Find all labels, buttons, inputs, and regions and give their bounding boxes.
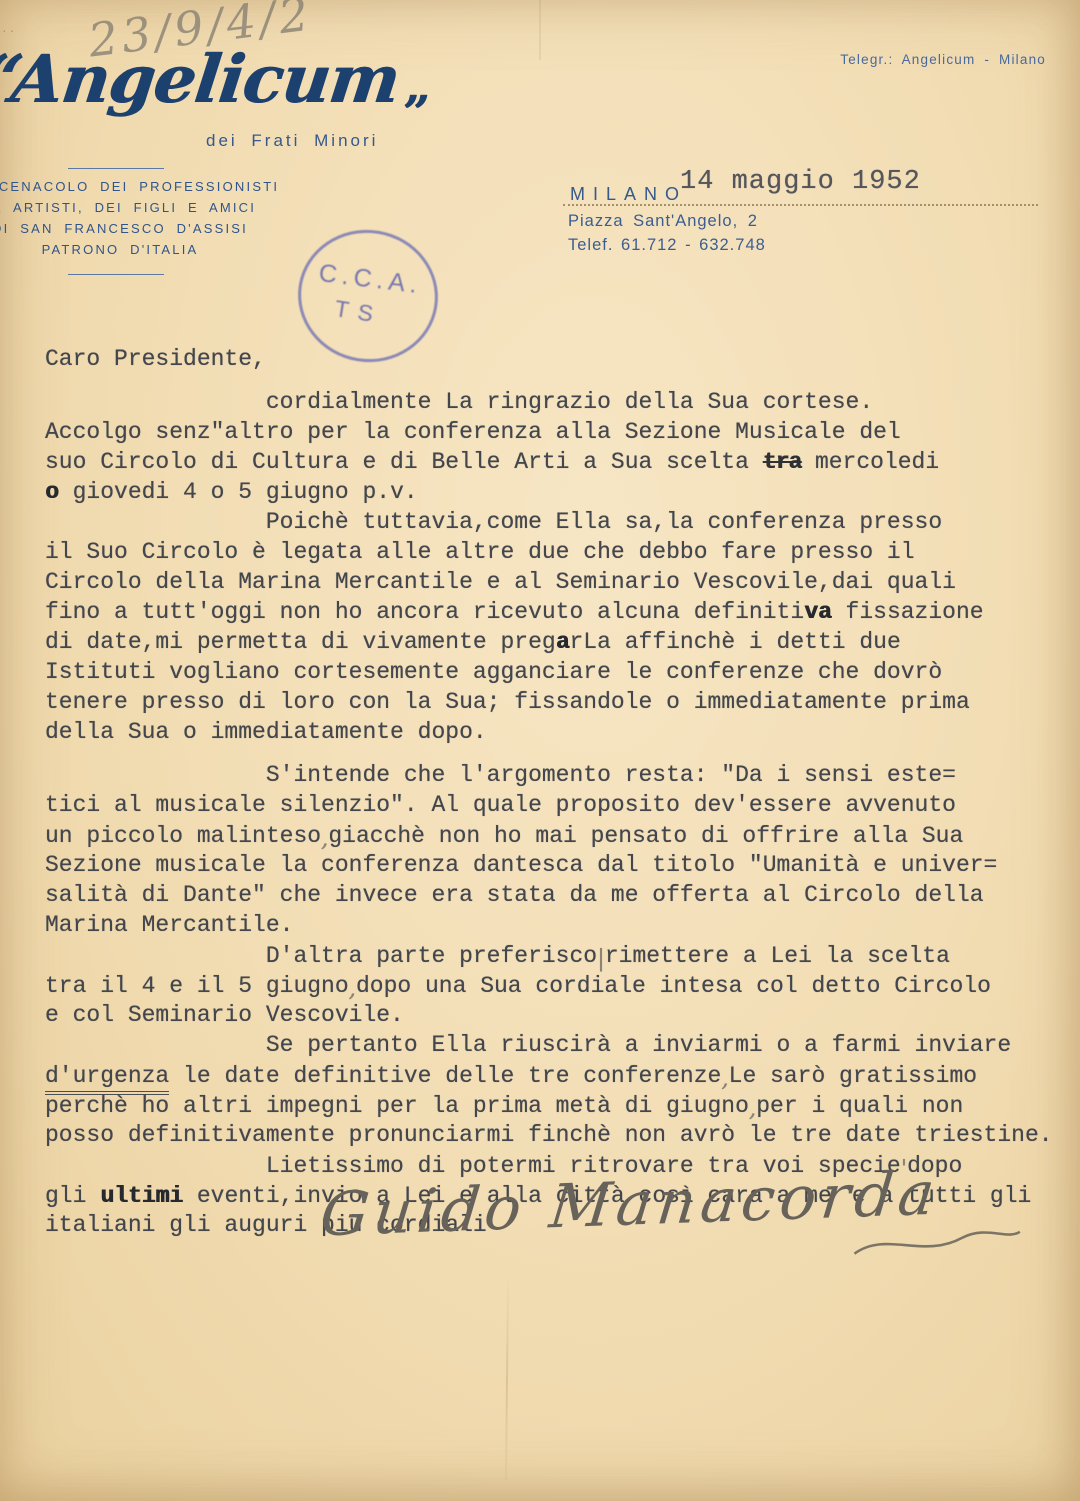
motto-block: "CENACOLO DEI PROFESSIONISTIE ARTISTI, D… [0,176,248,260]
letter-line: Caro Presidente, [45,344,1075,374]
scanned-letter-page: 23/9/4/2 ·· “Angelicum„ dei Frati Minori… [0,0,1080,1501]
letter-line: di date,mi permetta di vivamente pregarL… [45,627,1075,657]
letter-line: cordialmente La ringrazio della Sua cort… [45,387,1075,417]
signature-block: Guido Manacorda [320,1156,1025,1330]
logo-subtitle: dei Frati Minori [206,131,378,151]
letter-line: Sezione musicale la conferenza dantesca … [45,850,1075,880]
letter-line: D'altra parte preferisco|rimettere a Lei… [45,940,1075,970]
signature-flourish-stroke [851,1218,1022,1269]
fold-crease-top [539,0,541,60]
letter-line: Accolgo senz"altro per la conferenza all… [45,417,1075,447]
letter-line: il Suo Circolo è legata alle altre due c… [45,537,1075,567]
logo-word: Angelicum [7,40,403,118]
angelicum-logo: “Angelicum„ [0,46,437,112]
corner-smudge-mark: ·· [2,22,17,38]
letter-line: Poichè tuttavia,come Ella sa,la conferen… [45,507,1075,537]
letter-line: fino a tutt'oggi non ho ancora ricevuto … [45,597,1075,627]
letter-line: Se pertanto Ella riuscirà a inviarmi o a… [45,1030,1075,1060]
address-line: Piazza Sant'Angelo, 2 [568,212,758,231]
letter-line: Circolo della Marina Mercantile e al Sem… [45,567,1075,597]
letter-line: posso definitivamente pronunciarmi finch… [45,1120,1075,1150]
letter-line: Marina Mercantile. [45,910,1075,940]
motto-line: E ARTISTI, DEI FIGLI E AMICI [0,197,248,218]
motto-line: "CENACOLO DEI PROFESSIONISTI [0,176,248,197]
motto-line: PATRONO D'ITALIA [0,239,248,260]
motto-rule-top [68,168,164,169]
letter-line: tici al musicale silenzio". Al quale pro… [45,790,1075,820]
letter-line: della Sua o immediatamente dopo. [45,717,1075,747]
telegraph-line: Telegr.: Angelicum - Milano [840,52,1046,67]
stamp-text-cca: C.C.A. [317,259,423,300]
letter-line: un piccolo malinteso,giacchè non ho mai … [45,820,1075,850]
letter-body: Caro Presidente, cordialmente La ringraz… [45,344,1075,1240]
typed-date: 14 maggio 1952 [680,167,921,197]
letter-line: S'intende che l'argomento resta: "Da i s… [45,760,1075,790]
letter-line: tenere presso di loro con la Sua; fissan… [45,687,1075,717]
letter-line: tra il 4 e il 5 giugno,dopo una Sua cord… [45,970,1075,1000]
letter-line: e col Seminario Vescovile. [45,1000,1075,1030]
letter-line: o giovedi 4 o 5 giugno p.v. [45,477,1075,507]
motto-line: DI SAN FRANCESCO D'ASSISI [0,218,248,239]
letter-line: suo Circolo di Cultura e di Belle Arti a… [45,447,1075,477]
letter-line: Istituti vogliano cortesemente agganciar… [45,657,1075,687]
phone-line: Telef. 61.712 - 632.748 [568,236,766,255]
letter-line: perchè ho altri impegni per la prima met… [45,1090,1075,1120]
motto-rule-bottom [68,274,164,275]
stamp-text-ts: TS [333,295,384,329]
letter-line: d'urgenza le date definitive delle tre c… [45,1060,1075,1090]
logo-close-quote: „ [402,59,435,113]
letter-line: salità di Dante" che invece era stata da… [45,880,1075,910]
